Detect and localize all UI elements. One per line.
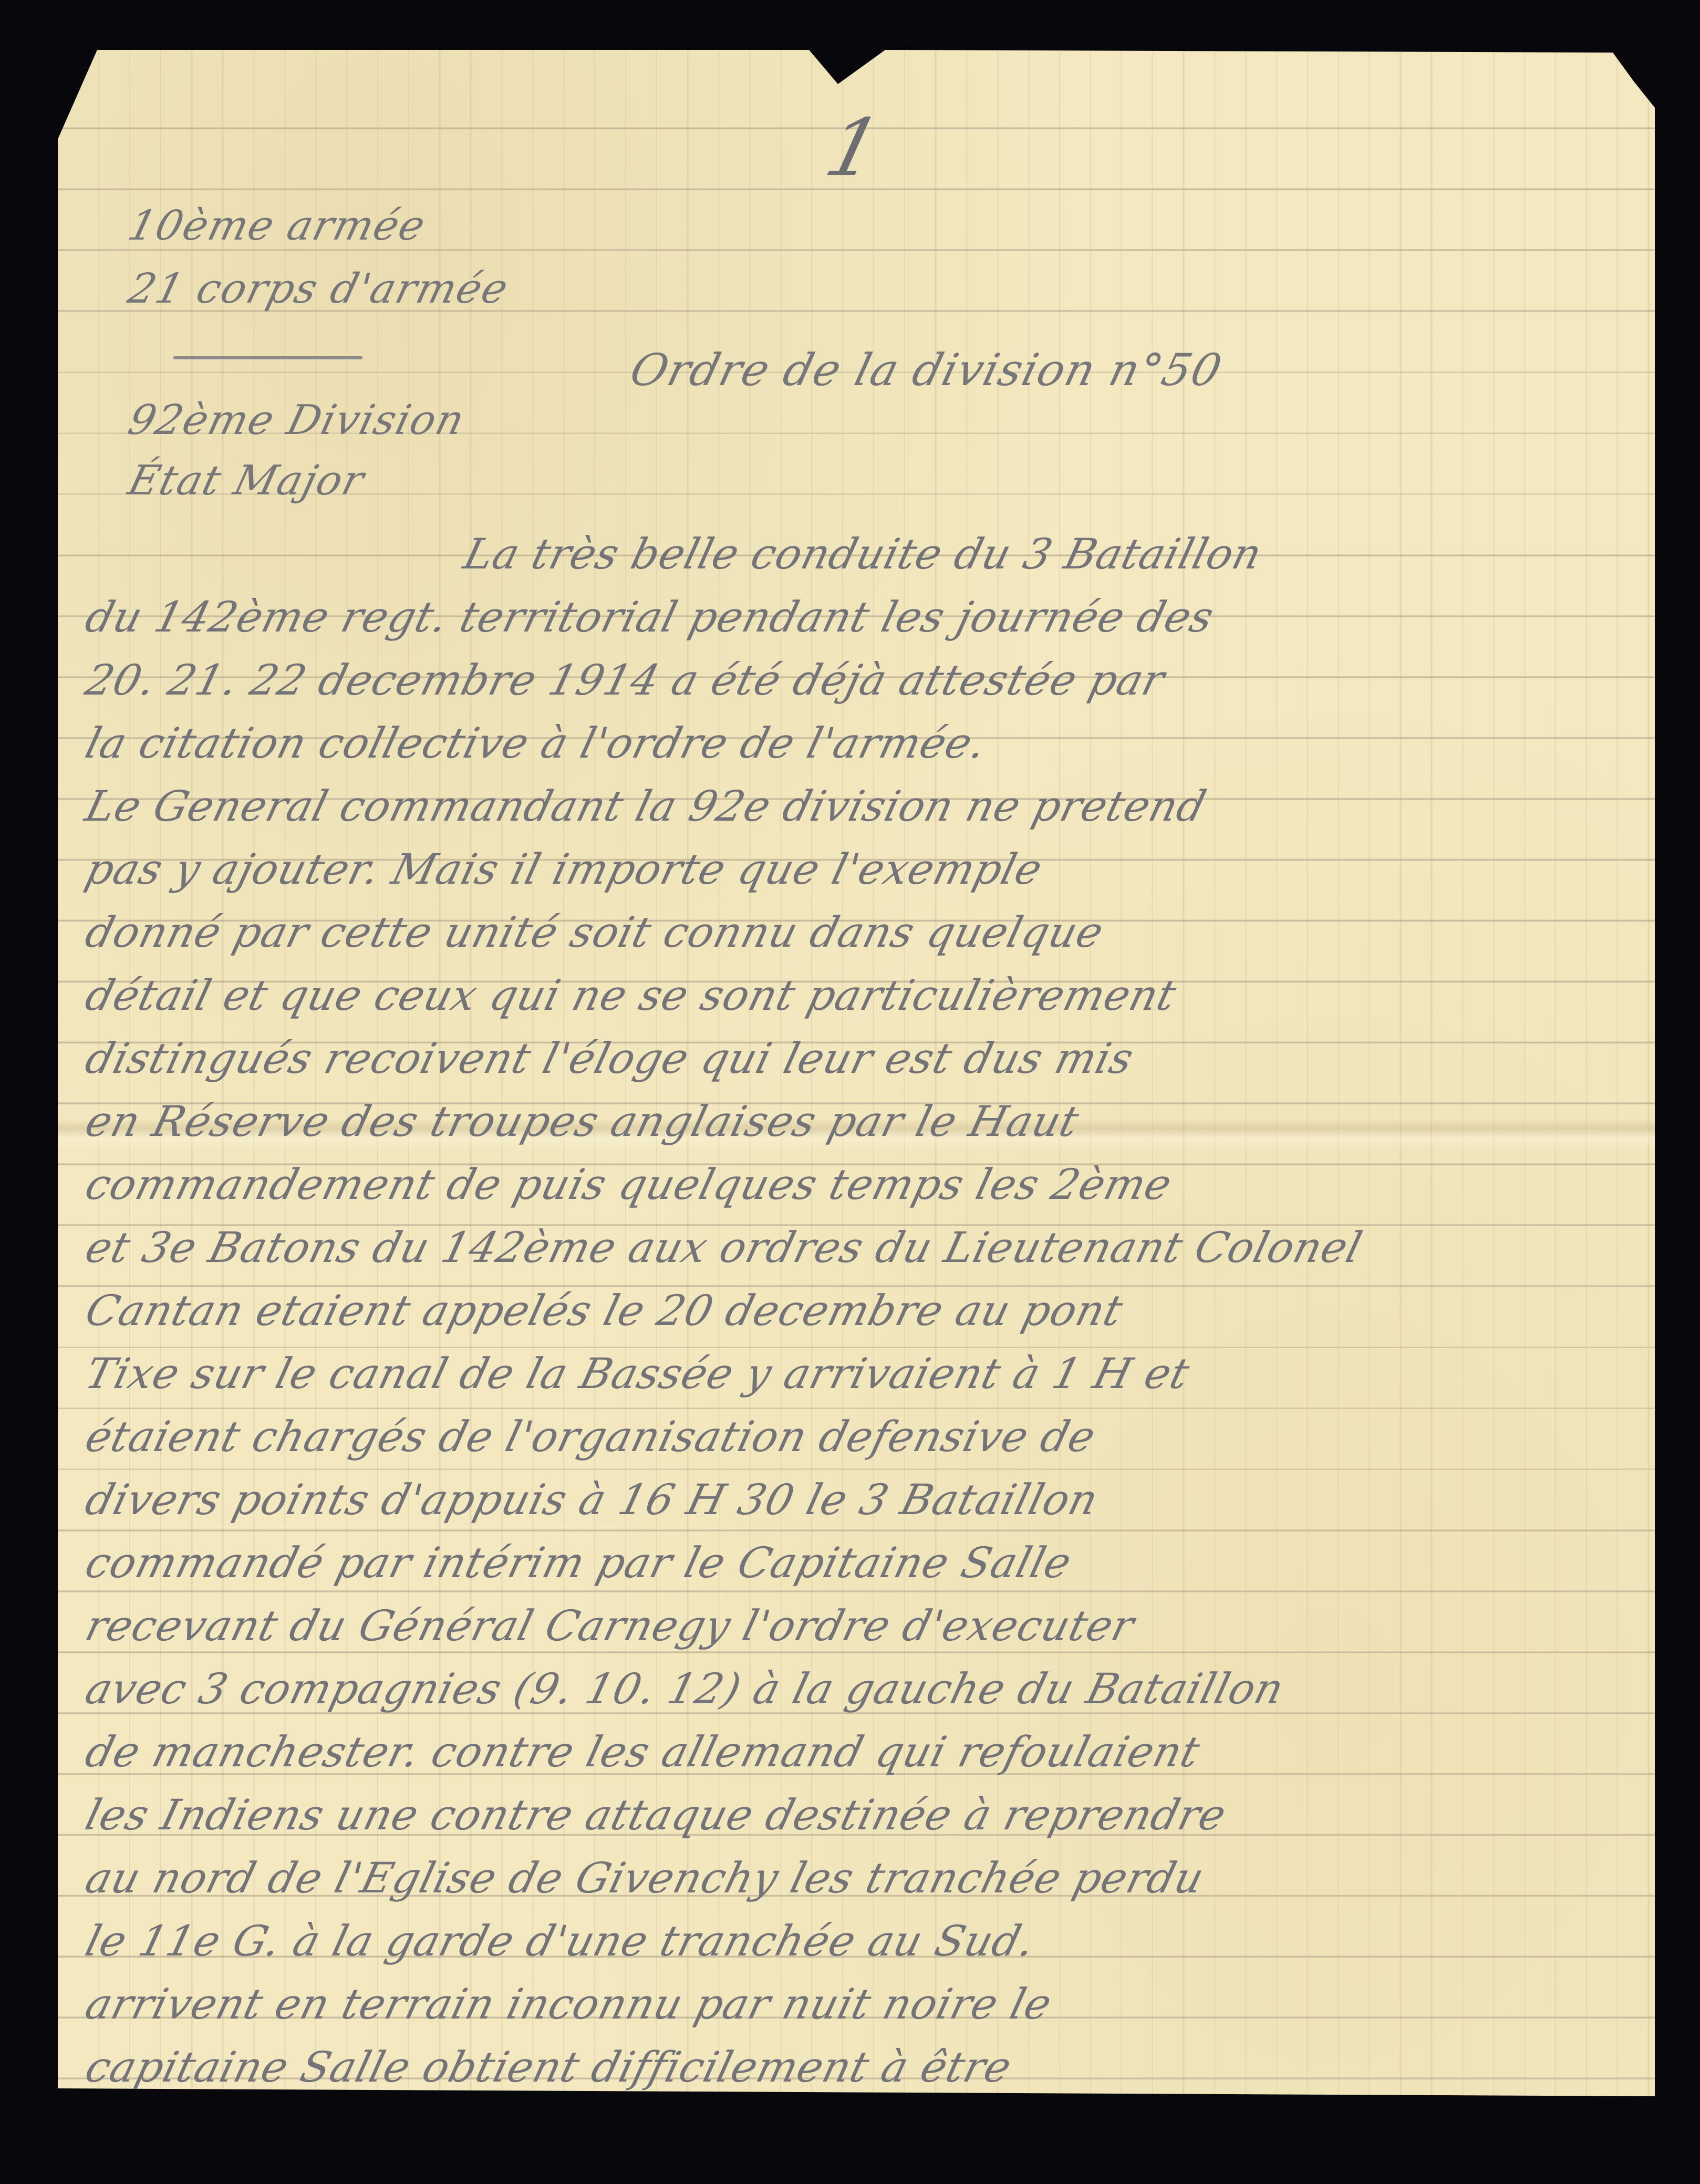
- body-line: avec 3 compagnies (9. 10. 12) à la gauch…: [79, 1658, 1655, 1721]
- body-line: détail et que ceux qui ne se sont partic…: [79, 964, 1655, 1027]
- header-army: 10ème armée: [123, 202, 431, 250]
- body-line: Cantan etaient appelés le 20 decembre au…: [79, 1279, 1655, 1342]
- body-line: la citation collective à l'ordre de l'ar…: [79, 712, 1655, 775]
- body-line: arrivent en terrain inconnu par nuit noi…: [79, 1973, 1655, 2036]
- body-line: du 142ème regt. territorial pendant les …: [79, 586, 1655, 649]
- page-number: 1: [817, 102, 891, 194]
- body-line: de manchester. contre les allemand qui r…: [79, 1721, 1655, 1784]
- body-line: distingués recoivent l'éloge qui leur es…: [79, 1027, 1655, 1090]
- header-division: 92ème Division: [123, 397, 470, 444]
- body-line: 20. 21. 22 decembre 1914 a été déjà atte…: [79, 649, 1655, 712]
- header-staff: État Major: [123, 457, 369, 504]
- order-title: Ordre de la division n°50: [625, 344, 1228, 396]
- body-line: en Réserve des troupes anglaises par le …: [79, 1090, 1655, 1153]
- body-line: pas y ajouter. Mais il importe que l'exe…: [79, 838, 1655, 901]
- body-line: Le General commandant la 92e division ne…: [79, 775, 1655, 838]
- order-body: La très belle conduite du 3 Bataillon du…: [87, 523, 1647, 2099]
- body-line: commandé par intérim par le Capitaine Sa…: [79, 1531, 1655, 1595]
- body-line: La très belle conduite du 3 Bataillon: [79, 523, 1655, 586]
- body-line: étaient chargés de l'organisation defens…: [79, 1405, 1655, 1468]
- body-line: divers points d'appuis à 16 H 30 le 3 Ba…: [79, 1468, 1655, 1531]
- body-line: les Indiens une contre attaque destinée …: [79, 1784, 1655, 1847]
- body-line: et 3e Batons du 142ème aux ordres du Lie…: [79, 1216, 1655, 1279]
- header-divider: [173, 356, 362, 359]
- body-line: Tixe sur le canal de la Bassée y arrivai…: [79, 1342, 1655, 1405]
- body-line: commandement de puis quelques temps les …: [79, 1153, 1655, 1216]
- body-line: le 11e G. à la garde d'une tranchée au S…: [79, 1910, 1655, 1973]
- body-line: au nord de l'Eglise de Givenchy les tran…: [79, 1847, 1655, 1910]
- document-page: 1 10ème armée 21 corps d'armée 92ème Div…: [58, 50, 1655, 2096]
- header-corps: 21 corps d'armée: [123, 265, 514, 313]
- body-line: recevant du Général Carnegy l'ordre d'ex…: [79, 1595, 1655, 1658]
- body-line: donné par cette unité soit connu dans qu…: [79, 901, 1655, 964]
- body-line: capitaine Salle obtient difficilement à …: [79, 2036, 1655, 2099]
